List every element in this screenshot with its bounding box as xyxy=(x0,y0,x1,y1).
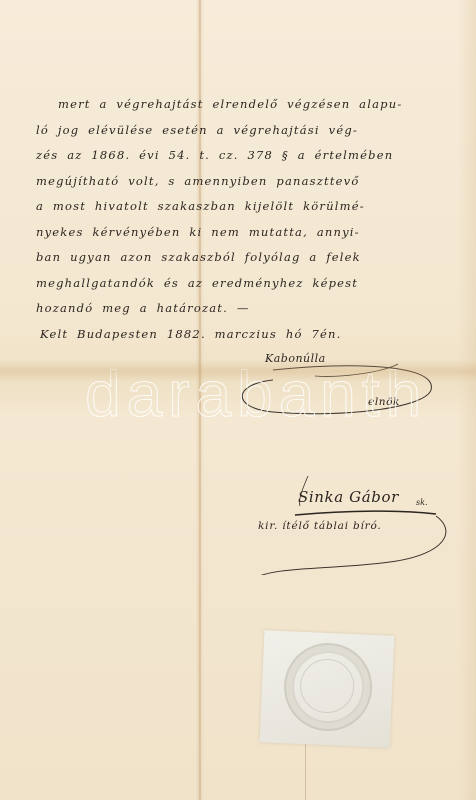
embossed-seal xyxy=(260,630,395,748)
body-line: ban ugyan azon szakaszból folyólag a fel… xyxy=(36,245,456,271)
body-line: ló jog elévülése esetén a végrehajtási v… xyxy=(36,118,456,144)
handwritten-body: mert a végrehajtást elrendelő végzésen a… xyxy=(36,92,456,347)
body-line: nyekes kérvényében ki nem mutatta, annyi… xyxy=(36,220,456,246)
body-line: megújítható volt, s amennyiben panasztte… xyxy=(36,169,456,195)
paper-crease xyxy=(305,735,306,800)
document-page: mert a végrehajtást elrendelő végzésen a… xyxy=(0,0,476,800)
body-line: zés az 1868. évi 54. t. cz. 378 § a érte… xyxy=(36,143,456,169)
date-line: Kelt Budapesten 1882. marczius hó 7én. xyxy=(36,322,456,348)
body-line: meghallgatandók és az eredményhez képest xyxy=(36,271,456,297)
body-line: a most hivatolt szakaszban kijelölt körü… xyxy=(36,194,456,220)
body-line: mert a végrehajtást elrendelő végzésen a… xyxy=(36,92,456,118)
body-line: hozandó meg a határozat. — xyxy=(36,296,456,322)
watermark: darabanth xyxy=(85,362,427,426)
signature-suffix: sk. xyxy=(416,498,428,507)
signature-name: Sinka Gábor xyxy=(298,488,399,506)
signature-title: kir. ítélő táblai bíró. xyxy=(258,520,382,532)
signature-judge: Sinka Gábor sk. kir. ítélő táblai bíró. xyxy=(240,470,476,575)
